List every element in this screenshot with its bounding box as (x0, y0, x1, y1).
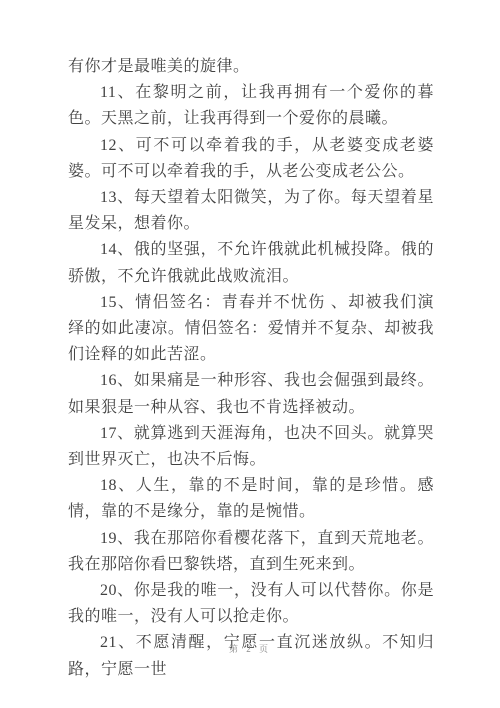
document-page: 有你才是最唯美的旋律。 11、在黎明之前，让我再拥有一个爱你的暮色。天黑之前，让… (0, 0, 500, 708)
quote-item-20: 20、你是我的唯一，没有人可以代替你。你是我的唯一，没有人可以抢走你。 (68, 578, 434, 630)
quote-item-16: 16、如果痛是一种形容、我也会倔强到最终。如果狠是一种从容、我也不肯选择被动。 (68, 368, 434, 420)
quote-item-19: 19、我在那陪你看樱花落下，直到天荒地老。我在那陪你看巴黎铁塔，直到生死来到。 (68, 526, 434, 578)
quote-item-18: 18、人生，靠的不是时间，靠的是珍惜。感情，靠的不是缘分，靠的是惋惜。 (68, 473, 434, 525)
quote-item-21: 21、不愿清醒，宁愿一直沉迷放纵。不知归路，宁愿一世 (68, 630, 434, 682)
quote-item-15: 15、情侣签名：青春并不忧伤 、却被我们演绎的如此凄凉。情侣签名：爱情并不复杂、… (68, 290, 434, 369)
paragraph-continuation: 有你才是最唯美的旋律。 (68, 54, 434, 80)
quote-item-11: 11、在黎明之前，让我再拥有一个爱你的暮色。天黑之前，让我再得到一个爱你的晨曦。 (68, 80, 434, 132)
page-number: 第 2 页 (0, 642, 500, 655)
quote-item-13: 13、每天望着太阳微笑，为了你。每天望着星星发呆，想着你。 (68, 185, 434, 237)
quote-item-17: 17、就算逃到天涯海角，也决不回头。就算哭到世界灭亡，也决不后悔。 (68, 421, 434, 473)
quote-item-12: 12、可不可以牵着我的手，从老婆变成老婆婆。可不可以牵着我的手，从老公变成老公公… (68, 133, 434, 185)
document-body: 有你才是最唯美的旋律。 11、在黎明之前，让我再拥有一个爱你的暮色。天黑之前，让… (68, 54, 434, 683)
quote-item-14: 14、俄的坚强，不允许俄就此机械投降。俄的骄傲，不允许俄就此战败流泪。 (68, 237, 434, 289)
